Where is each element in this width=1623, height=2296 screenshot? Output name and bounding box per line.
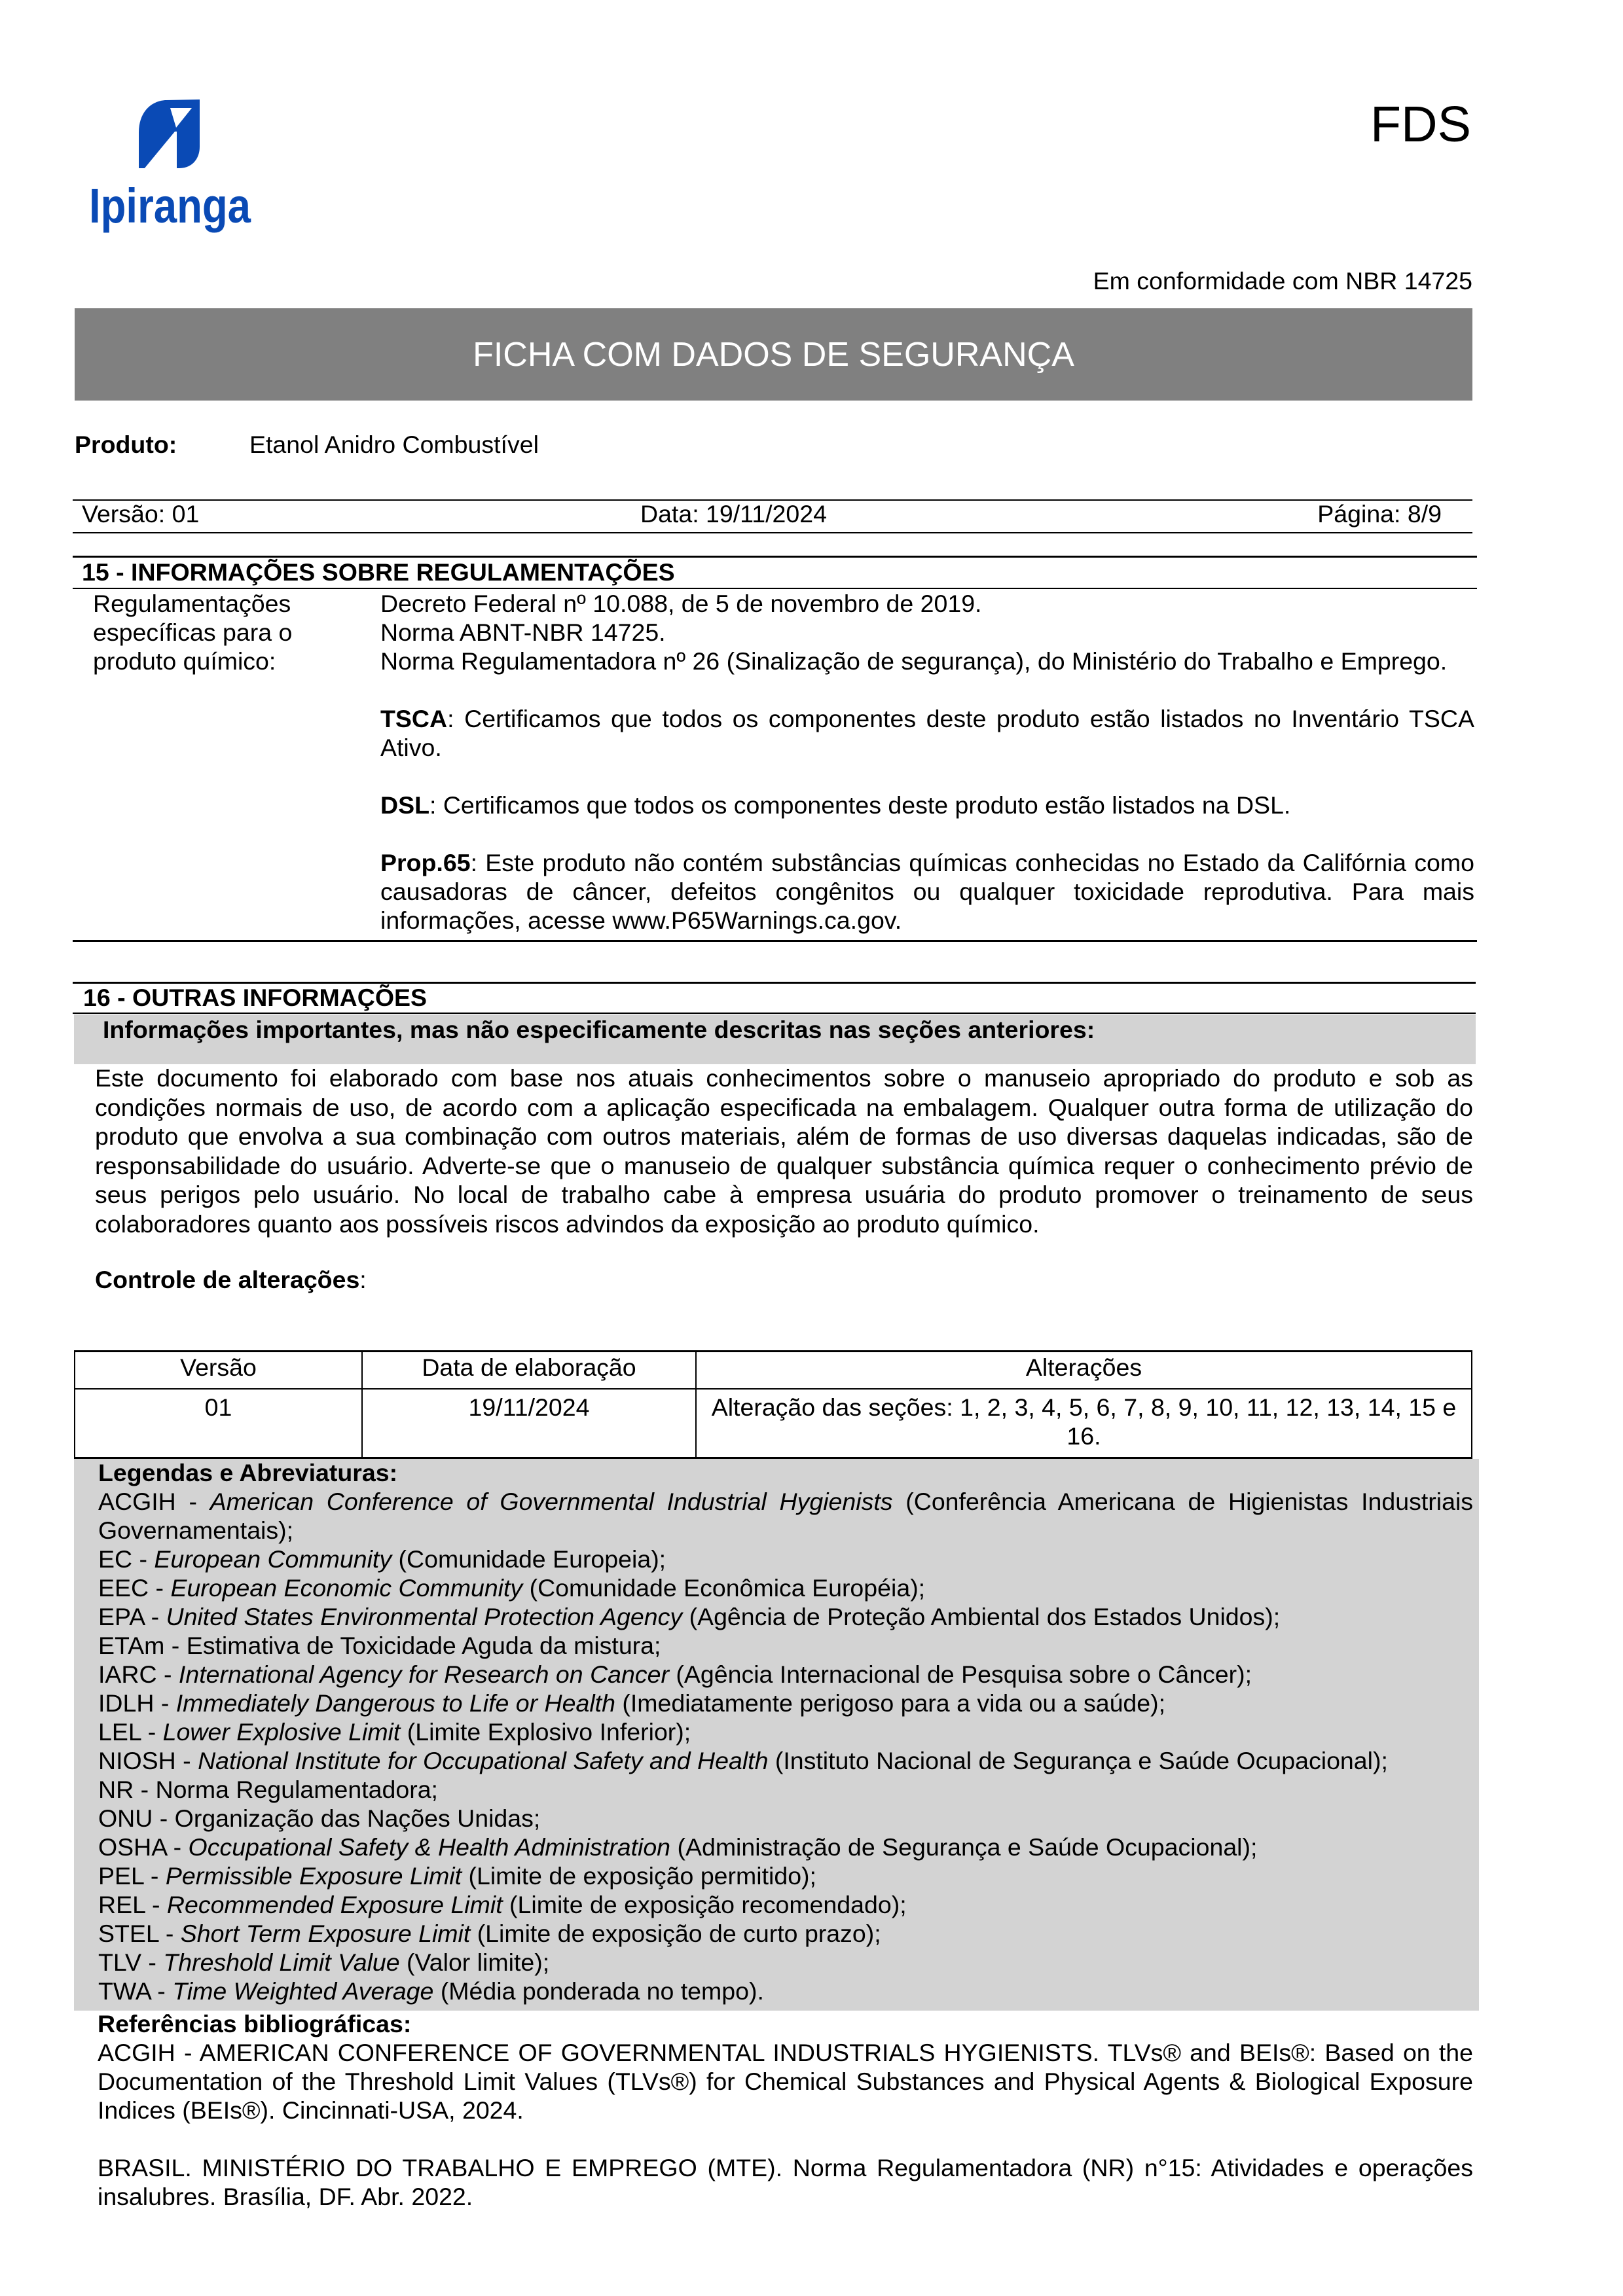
table-cell-changes: Alteração das seções: 1, 2, 3, 4, 5, 6, … <box>697 1393 1471 1450</box>
legend-english: United States Environmental Protection A… <box>166 1603 683 1630</box>
legend-sep: - <box>166 1833 188 1861</box>
tsca-note: TSCA: Certificamos que todos os componen… <box>380 704 1474 762</box>
legend-english: American Conference of Governmental Indu… <box>210 1488 893 1515</box>
legend-abbr: ETAm <box>98 1632 164 1659</box>
dsl-note: DSL: Certificamos que todos os component… <box>380 791 1474 819</box>
legend-item: ACGIH - American Conference of Governmen… <box>98 1487 1473 1545</box>
table-top-border <box>74 1350 1472 1352</box>
table-right-border <box>1471 1350 1472 1459</box>
legend-english: Time Weighted Average <box>172 1977 433 2005</box>
legend-sep: - <box>132 1545 154 1573</box>
legend-portuguese: Norma Regulamentadora; <box>156 1776 438 1803</box>
legend-sep: - <box>176 1747 198 1774</box>
legend-english: International Agency for Research on Can… <box>179 1660 669 1688</box>
version-label: Versão: 01 <box>82 499 199 528</box>
legend-item: ETAm - Estimativa de Toxicidade Aguda da… <box>98 1631 1473 1660</box>
legend-sep: - <box>141 1718 162 1746</box>
change-control-label: Controle de alterações: <box>95 1265 367 1294</box>
legend-item: REL - Recommended Exposure Limit (Limite… <box>98 1890 1473 1919</box>
legend-portuguese: (Limite de exposição permitido); <box>468 1862 816 1890</box>
legend-item: STEL - Short Term Exposure Limit (Limite… <box>98 1919 1473 1948</box>
legend-abbr: IARC <box>98 1660 157 1688</box>
legend-english: European Economic Community <box>170 1574 522 1602</box>
legend-portuguese: (Limite de exposição de curto prazo); <box>477 1920 881 1947</box>
regulation-item: Norma Regulamentadora nº 26 (Sinalização… <box>380 647 1474 675</box>
legend-abbr: ONU <box>98 1804 153 1832</box>
legend-sep: - <box>145 1891 167 1918</box>
title-banner: FICHA COM DADOS DE SEGURANÇA <box>75 308 1472 401</box>
legend-abbr: EPA <box>98 1603 144 1630</box>
legend-abbr: TLV <box>98 1948 141 1976</box>
prop65-text: : Este produto não contém substâncias qu… <box>380 849 1474 934</box>
legend-sep: - <box>141 1948 163 1976</box>
legend-title: Legendas e Abreviaturas: <box>98 1458 1473 1487</box>
disclaimer-paragraph: Este documento foi elaborado com base no… <box>95 1064 1473 1238</box>
legend-sep: - <box>164 1632 186 1659</box>
ipiranga-logo-icon <box>139 99 200 168</box>
legend-abbr: NIOSH <box>98 1747 176 1774</box>
legend-portuguese: (Imediatamente perigoso para a vida ou a… <box>622 1689 1165 1717</box>
section-15-heading: 15 - INFORMAÇÕES SOBRE REGULAMENTAÇÕES <box>82 558 675 586</box>
legend-item: LEL - Lower Explosive Limit (Limite Expl… <box>98 1717 1473 1746</box>
legend-item: OSHA - Occupational Safety & Health Admi… <box>98 1833 1473 1861</box>
legend-abbr: OSHA <box>98 1833 166 1861</box>
legend-item: NIOSH - National Institute for Occupatio… <box>98 1746 1473 1775</box>
legend-sep: - <box>153 1804 174 1832</box>
legend-abbr: IDLH <box>98 1689 154 1717</box>
change-control-title: Controle de alterações <box>95 1266 359 1293</box>
dsl-text: : Certificamos que todos os componentes … <box>429 791 1290 819</box>
legend-english: Short Term Exposure Limit <box>181 1920 471 1947</box>
table-header-separator <box>74 1388 1472 1390</box>
legend-portuguese: (Limite de exposição recomendado); <box>509 1891 907 1918</box>
legend-item: TWA - Time Weighted Average (Média ponde… <box>98 1977 1473 2005</box>
legend-portuguese: (Agência de Proteção Ambiental dos Estad… <box>689 1603 1281 1630</box>
legend-portuguese: Estimativa de Toxicidade Aguda da mistur… <box>187 1632 661 1659</box>
legend-abbr: TWA <box>98 1977 151 2005</box>
tsca-lead: TSCA <box>380 705 447 732</box>
compliance-note: Em conformidade com NBR 14725 <box>1093 266 1472 295</box>
references-title: Referências bibliográficas: <box>98 2009 1473 2038</box>
section-16-heading: 16 - OUTRAS INFORMAÇÕES <box>83 983 427 1012</box>
legend-item: IDLH - Immediately Dangerous to Life or … <box>98 1689 1473 1717</box>
legend-portuguese: (Administração de Segurança e Saúde Ocup… <box>677 1833 1257 1861</box>
subheading: Informações importantes, mas não especif… <box>103 1015 1095 1044</box>
table-header-changes: Alterações <box>697 1353 1471 1382</box>
legend-english: Permissible Exposure Limit <box>166 1862 462 1890</box>
legend-item: PEL - Permissible Exposure Limit (Limite… <box>98 1861 1473 1890</box>
product-name: Etanol Anidro Combustível <box>249 430 539 459</box>
regulations-label: Regulamentações específicas para o produ… <box>93 589 355 675</box>
document-type: FDS <box>1370 99 1471 150</box>
brand-name: Ipiranga <box>89 179 251 233</box>
legend-abbr: NR <box>98 1776 134 1803</box>
legend-item: ONU - Organização das Nações Unidas; <box>98 1804 1473 1833</box>
product-label: Produto: <box>75 430 177 459</box>
reference-item: BRASIL. MINISTÉRIO DO TRABALHO E EMPREGO… <box>98 2153 1473 2211</box>
reference-item: ACGIH - AMERICAN CONFERENCE OF GOVERNMEN… <box>98 2038 1473 2125</box>
change-control-colon: : <box>359 1266 366 1293</box>
legend-item: EEC - European Economic Community (Comun… <box>98 1573 1473 1602</box>
legend-english: National Institute for Occupational Safe… <box>198 1747 768 1774</box>
legend-english: Immediately Dangerous to Life or Health <box>176 1689 615 1717</box>
legend-english: Occupational Safety & Health Administrat… <box>189 1833 671 1861</box>
legend-sep: - <box>149 1574 170 1602</box>
prop65-lead: Prop.65 <box>380 849 471 876</box>
legend-item: IARC - International Agency for Research… <box>98 1660 1473 1689</box>
prop65-note: Prop.65: Este produto não contém substân… <box>380 848 1474 935</box>
legend-portuguese: (Instituto Nacional de Segurança e Saúde… <box>775 1747 1388 1774</box>
section-16-heading-rule <box>73 1013 1476 1014</box>
legend-item: EPA - United States Environmental Protec… <box>98 1602 1473 1631</box>
legend-portuguese: (Limite Explosivo Inferior); <box>407 1718 691 1746</box>
legend-english: Recommended Exposure Limit <box>167 1891 503 1918</box>
legend-english: European Community <box>154 1545 392 1573</box>
legend-abbr: ACGIH <box>98 1488 176 1515</box>
legend-portuguese: (Comunidade Europeia); <box>399 1545 666 1573</box>
legend-portuguese: (Agência Internacional de Pesquisa sobre… <box>676 1660 1252 1688</box>
meta-bar-bottom-rule <box>73 532 1472 533</box>
legend-english: Lower Explosive Limit <box>163 1718 401 1746</box>
regulation-item: Norma ABNT-NBR 14725. <box>380 618 1474 647</box>
legend-portuguese: (Comunidade Econômica Européia); <box>530 1574 926 1602</box>
legend-abbr: STEL <box>98 1920 158 1947</box>
legend-abbr: EEC <box>98 1574 149 1602</box>
legend-item: NR - Norma Regulamentadora; <box>98 1775 1473 1804</box>
legend-abbr: LEL <box>98 1718 141 1746</box>
tsca-text: : Certificamos que todos os componentes … <box>380 705 1474 761</box>
legend-sep: - <box>154 1689 175 1717</box>
page-number: Página: 8/9 <box>1317 499 1442 528</box>
legend-sep: - <box>151 1977 172 2005</box>
legend-sep: - <box>157 1660 179 1688</box>
document-page: Ipiranga FDS Em conformidade com NBR 147… <box>0 0 1623 2296</box>
table-cell-version: 01 <box>75 1393 361 1422</box>
legend-list: Legendas e Abreviaturas: ACGIH - America… <box>98 1458 1473 2005</box>
legend-item: TLV - Threshold Limit Value (Valor limit… <box>98 1948 1473 1977</box>
legend-abbr: REL <box>98 1891 145 1918</box>
legend-abbr: EC <box>98 1545 132 1573</box>
regulation-item: Decreto Federal nº 10.088, de 5 de novem… <box>380 589 1474 618</box>
section-15-bottom-rule <box>73 940 1477 942</box>
legend-sep: - <box>144 1603 166 1630</box>
legend-english: Threshold Limit Value <box>163 1948 399 1976</box>
regulations-content: Decreto Federal nº 10.088, de 5 de novem… <box>380 589 1474 935</box>
legend-portuguese: (Média ponderada no tempo). <box>441 1977 764 2005</box>
legend-portuguese: Organização das Nações Unidas; <box>175 1804 541 1832</box>
table-cell-date: 19/11/2024 <box>363 1393 695 1422</box>
brand-logo-wordmark: Ipiranga <box>85 177 262 242</box>
dsl-lead: DSL <box>380 791 429 819</box>
legend-sep: - <box>176 1488 210 1515</box>
legend-sep: - <box>134 1776 155 1803</box>
legend-abbr: PEL <box>98 1862 144 1890</box>
table-header-date: Data de elaboração <box>363 1353 695 1382</box>
legend-item: EC - European Community (Comunidade Euro… <box>98 1545 1473 1573</box>
legend-sep: - <box>158 1920 180 1947</box>
page-title: FICHA COM DADOS DE SEGURANÇA <box>473 338 1074 372</box>
references: Referências bibliográficas: ACGIH - AMER… <box>98 2009 1473 2211</box>
date-label: Data: 19/11/2024 <box>640 499 827 528</box>
legend-portuguese: (Valor limite); <box>407 1948 549 1976</box>
legend-sep: - <box>144 1862 166 1890</box>
table-header-version: Versão <box>75 1353 361 1382</box>
